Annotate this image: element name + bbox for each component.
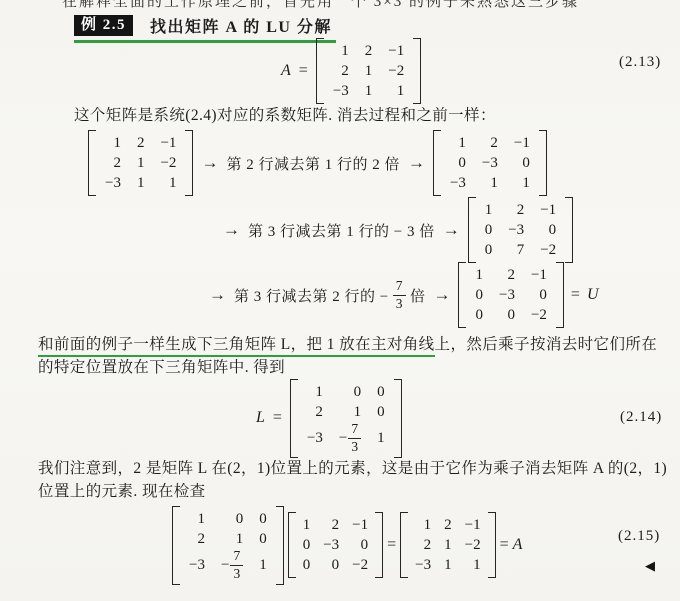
matrix-cell: 0	[475, 305, 483, 325]
paragraph-L-line2: 的特定位置放在下三角矩阵中. 得到	[38, 357, 657, 380]
matrix-cell: 0	[259, 529, 267, 549]
matrix-cell: −3	[307, 428, 323, 448]
matrix-cell: −3	[333, 81, 349, 101]
bracket-right	[413, 38, 421, 104]
matrix-cell: 1	[377, 428, 385, 448]
arrow-icon: →	[208, 285, 227, 305]
equals-sign: =	[387, 536, 396, 554]
matrix-cell: −1	[540, 200, 556, 220]
matrix-cell: 1	[444, 555, 452, 575]
paragraph-L-line1: 和前面的例子一样生成下三角矩阵 L，把 1 放在主对角线上，然后乘子按消去时它们…	[38, 334, 657, 357]
bracket-left	[172, 506, 180, 585]
matrix-cell: −3	[415, 555, 431, 575]
matrix-step1-to: 12−10−30−311	[433, 130, 547, 196]
bracket-left	[433, 130, 441, 196]
matrix-cell: 0	[485, 220, 493, 240]
bracket-right	[488, 512, 496, 578]
matrix-cell: −1	[531, 265, 547, 285]
var-A: A	[513, 536, 523, 554]
matrix-cell: −3	[323, 535, 339, 555]
matrix-cell: 0	[303, 555, 311, 575]
matrix-cell: 0	[377, 382, 385, 402]
elimination-step-1: 12−121−2−311 → 第 2 行减去第 1 行的 2 倍 → 12−10…	[88, 130, 547, 196]
arrow-icon: →	[407, 153, 426, 173]
step1-label: 第 2 行减去第 1 行的 2 倍	[226, 153, 400, 174]
matrix-cell: 1	[315, 382, 323, 402]
matrix-cell: 2	[444, 515, 452, 535]
matrix-cell: −3	[189, 555, 205, 575]
matrix-cell: 0	[539, 285, 547, 305]
equals-sign: =	[500, 536, 509, 554]
step3-label-post: 倍	[410, 285, 426, 306]
matrix-cell: 1	[259, 555, 267, 575]
matrix-cell: 0	[354, 382, 362, 402]
equation-number-2-13: (2.13)	[619, 54, 661, 71]
matrix-step2-to: 12−10−3007−2	[468, 197, 573, 263]
matrix-cell: 1	[485, 200, 493, 220]
matrix-cell: −3	[450, 173, 466, 193]
matrix-cell: 1	[137, 153, 145, 173]
paragraph-L: 和前面的例子一样生成下三角矩阵 L，把 1 放在主对角线上，然后乘子按消去时它们…	[38, 334, 657, 379]
matrix-cell: 1	[341, 41, 349, 61]
matrix-cell: 1	[365, 81, 373, 101]
matrix-cell: 1	[522, 173, 530, 193]
matrix-cell: 0	[361, 535, 369, 555]
matrix-cell: 0	[332, 555, 340, 575]
matrix-cell: 1	[113, 133, 121, 153]
bracket-left	[288, 512, 296, 578]
arrow-icon: →	[442, 220, 461, 240]
var-L: L	[256, 409, 265, 427]
matrix-cell: 2	[137, 133, 145, 153]
equation-number-2-15: (2.15)	[618, 528, 660, 545]
matrix-U: 12−10−3000−2	[458, 262, 563, 328]
matrix-cell: 1	[303, 515, 311, 535]
matrix-cell: 0	[236, 509, 244, 529]
matrix-cell: 2	[341, 61, 349, 81]
example-title: 找出矩阵 A 的 LU 分解	[150, 14, 332, 37]
equation-2-13: A = 12−121−2−311	[281, 38, 421, 104]
bracket-left	[468, 197, 476, 263]
matrix-cell: −1	[514, 133, 530, 153]
equals-sign: =	[571, 286, 580, 304]
paragraph-intro: 这个矩阵是系统(2.4)对应的系数矩阵. 消去过程和之前一样：	[74, 105, 496, 128]
matrix-cell: 0	[485, 240, 493, 260]
matrix-cell: 2	[365, 41, 373, 61]
paragraph-check-line1: 我们注意到，2 是矩阵 L 在(2，1)位置上的元素，这是由于它作为乘子消去矩阵…	[38, 458, 667, 481]
matrix-cell: −3	[499, 285, 515, 305]
matrix-cell: 0	[377, 402, 385, 422]
matrix-cell: 1	[475, 265, 483, 285]
matrix-cell: 2	[113, 153, 121, 173]
matrix-cell: −1	[465, 515, 481, 535]
fraction-7-3: 7 3	[393, 279, 406, 312]
matrix-cell: 1	[365, 61, 373, 81]
matrix-cell: 2	[424, 535, 432, 555]
matrix-cell: 2	[507, 265, 515, 285]
matrix-cell: 1	[137, 173, 145, 193]
bracket-left	[316, 38, 324, 104]
matrix-cell: 0	[549, 220, 557, 240]
matrix-cell: 1	[490, 173, 498, 193]
matrix-cell: 1	[354, 402, 362, 422]
equals-sign: =	[273, 409, 282, 427]
var-A: A	[281, 62, 291, 80]
matrix-cell: 0	[507, 305, 515, 325]
arrow-icon: →	[432, 285, 451, 305]
matrix-cell: 1	[197, 509, 205, 529]
matrix-cell: 1	[169, 173, 177, 193]
matrix-cell: −1	[352, 515, 368, 535]
matrix-cell: 0	[458, 153, 466, 173]
equals-sign: =	[299, 62, 308, 80]
example-badge: 例 2.5	[74, 15, 133, 36]
matrix-cell: −3	[105, 173, 121, 193]
bracket-right	[375, 512, 383, 578]
matrix-cell: 2	[332, 515, 340, 535]
matrix-cell: 2	[517, 200, 525, 220]
matrix-cell: −2	[465, 535, 481, 555]
matrix-cell: −3	[482, 153, 498, 173]
matrix-A: 12−121−2−311	[400, 512, 495, 578]
matrix-cell: 1	[397, 81, 405, 101]
matrix-cell: −73	[339, 422, 361, 455]
matrix-L: 100210−3−731	[290, 379, 402, 458]
matrix-cell: 2	[197, 529, 205, 549]
underlined-text: 和前面的例子一样生成下三角矩阵 L，把 1 放在主对角线	[38, 336, 435, 357]
matrix-cell: 2	[315, 402, 323, 422]
matrix-L: 100210−3−731	[172, 506, 284, 585]
equation-2-15: 100210−3−731 12−10−3000−2 = 12−121−2−311…	[172, 506, 522, 585]
arrow-icon: →	[222, 220, 241, 240]
elimination-step-3: → 第 3 行减去第 2 行的 − 7 3 倍 → 12−10−3000−2 =…	[208, 262, 599, 328]
matrix-cell: 0	[522, 153, 530, 173]
matrix-cell: −1	[160, 133, 176, 153]
matrix-cell: 7	[517, 240, 525, 260]
matrix-cell: 0	[303, 535, 311, 555]
matrix-cell: 0	[259, 509, 267, 529]
elimination-step-2: → 第 3 行减去第 1 行的 − 3 倍 → 12−10−3007−2	[222, 197, 573, 263]
matrix-cell: 1	[444, 535, 452, 555]
matrix-cell: 0	[475, 285, 483, 305]
bracket-left	[400, 512, 408, 578]
matrix-cell: −73	[221, 549, 243, 582]
end-of-example-marker-icon: ◀	[645, 558, 655, 574]
matrix-cell: −3	[508, 220, 524, 240]
bracket-left	[290, 379, 298, 458]
matrix-A: 12−121−2−311	[316, 38, 421, 104]
paragraph-check-line2: 位置上的元素. 现在检查	[38, 481, 667, 504]
step2-label: 第 3 行减去第 1 行的 − 3 倍	[248, 220, 435, 241]
step3-label: 第 3 行减去第 2 行的 − 7 3 倍	[234, 279, 425, 312]
bracket-right	[276, 506, 284, 585]
step3-label-pre: 第 3 行减去第 2 行的 −	[234, 285, 389, 306]
var-U: U	[587, 286, 599, 304]
matrix-cell: −2	[540, 240, 556, 260]
textbook-page: 在解释全面的工作原理之前，首先用一个 3×3 的例子来熟悉这三步骤 例 2.5 …	[0, 0, 680, 601]
bracket-right	[394, 379, 402, 458]
fraction-denominator: 3	[393, 295, 406, 312]
arrow-icon: →	[200, 153, 219, 173]
bracket-right	[539, 130, 547, 196]
matrix-cell: 1	[424, 515, 432, 535]
matrix-cell: 2	[490, 133, 498, 153]
bracket-left	[88, 130, 96, 196]
matrix-step1-from: 12−121−2−311	[88, 130, 193, 196]
matrix-cell: −2	[531, 305, 547, 325]
fraction-numerator: 7	[393, 279, 406, 295]
matrix-cell: −2	[352, 555, 368, 575]
matrix-cell: −2	[388, 61, 404, 81]
matrix-cell: 1	[458, 133, 466, 153]
bracket-right	[185, 130, 193, 196]
equation-number-2-14: (2.14)	[620, 409, 662, 426]
matrix-cell: −2	[160, 153, 176, 173]
matrix-cell: 1	[473, 555, 481, 575]
clipped-top-line: 在解释全面的工作原理之前，首先用一个 3×3 的例子来熟悉这三步骤	[62, 0, 628, 9]
bracket-right	[556, 262, 564, 328]
paragraph-check: 我们注意到，2 是矩阵 L 在(2，1)位置上的元素，这是由于它作为乘子消去矩阵…	[38, 458, 667, 503]
bracket-right	[565, 197, 573, 263]
matrix-cell: −1	[388, 41, 404, 61]
bracket-left	[458, 262, 466, 328]
matrix-cell: 1	[236, 529, 244, 549]
equation-2-14: L = 100210−3−731	[256, 379, 402, 458]
matrix-U: 12−10−3000−2	[288, 512, 383, 578]
